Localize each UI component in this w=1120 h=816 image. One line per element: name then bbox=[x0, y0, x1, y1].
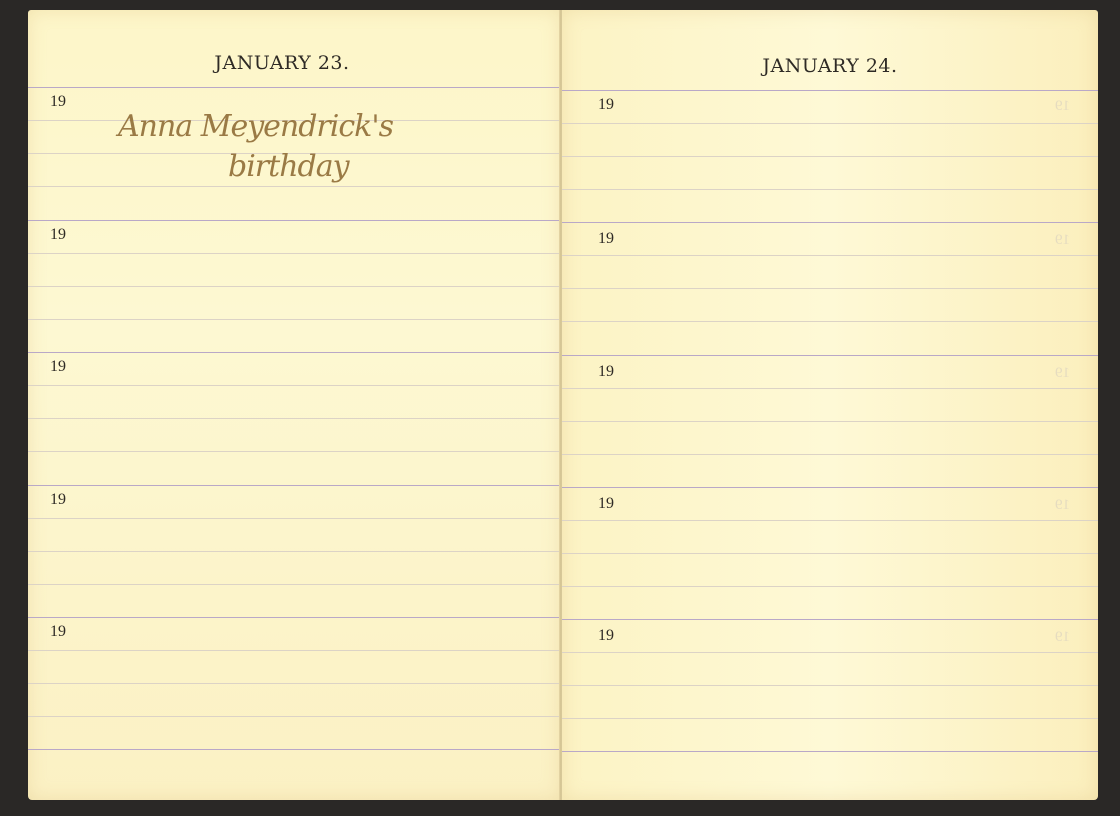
year-label: 19 bbox=[598, 96, 614, 114]
page-title: JANUARY 23. bbox=[16, 52, 548, 74]
year-label: 19 bbox=[598, 363, 614, 381]
year-label: 19 bbox=[50, 93, 66, 111]
year-entry: 19 bbox=[28, 220, 560, 352]
bleed-through-text: 19 bbox=[1055, 629, 1070, 646]
left-page: JANUARY 23. 19 Anna Meyendrick's birthda… bbox=[28, 10, 560, 800]
year-entry: 19 bbox=[28, 352, 560, 484]
year-label: 19 bbox=[598, 627, 614, 645]
page-title: JANUARY 24. bbox=[562, 55, 1098, 77]
year-entry: 19 bbox=[28, 485, 560, 617]
bleed-through-text: 19 bbox=[1055, 365, 1070, 382]
year-label: 19 bbox=[598, 495, 614, 513]
handwritten-note: birthday bbox=[228, 149, 349, 184]
bleed-through-text: 19 bbox=[1055, 232, 1070, 249]
year-entry: 19 Anna Meyendrick's birthday bbox=[28, 87, 560, 219]
year-entry: 19 19 bbox=[562, 355, 1098, 487]
year-entry: 19 19 bbox=[562, 487, 1098, 619]
year-label: 19 bbox=[50, 623, 66, 641]
year-entry: 19 bbox=[28, 617, 560, 749]
year-entry: 19 19 bbox=[562, 619, 1098, 751]
bleed-through-text: 19 bbox=[1055, 98, 1070, 115]
year-label: 19 bbox=[50, 226, 66, 244]
year-label: 19 bbox=[50, 358, 66, 376]
right-page: JANUARY 24. 19 19 19 19 19 19 1 bbox=[562, 10, 1098, 800]
year-label: 19 bbox=[598, 230, 614, 248]
year-entry: 19 19 bbox=[562, 222, 1098, 354]
year-entry: 19 19 bbox=[562, 90, 1098, 222]
diary-spread: JANUARY 23. 19 Anna Meyendrick's birthda… bbox=[28, 10, 1098, 800]
handwritten-note: Anna Meyendrick's bbox=[118, 109, 393, 144]
bleed-through-text: 19 bbox=[1055, 497, 1070, 514]
year-label: 19 bbox=[50, 491, 66, 509]
